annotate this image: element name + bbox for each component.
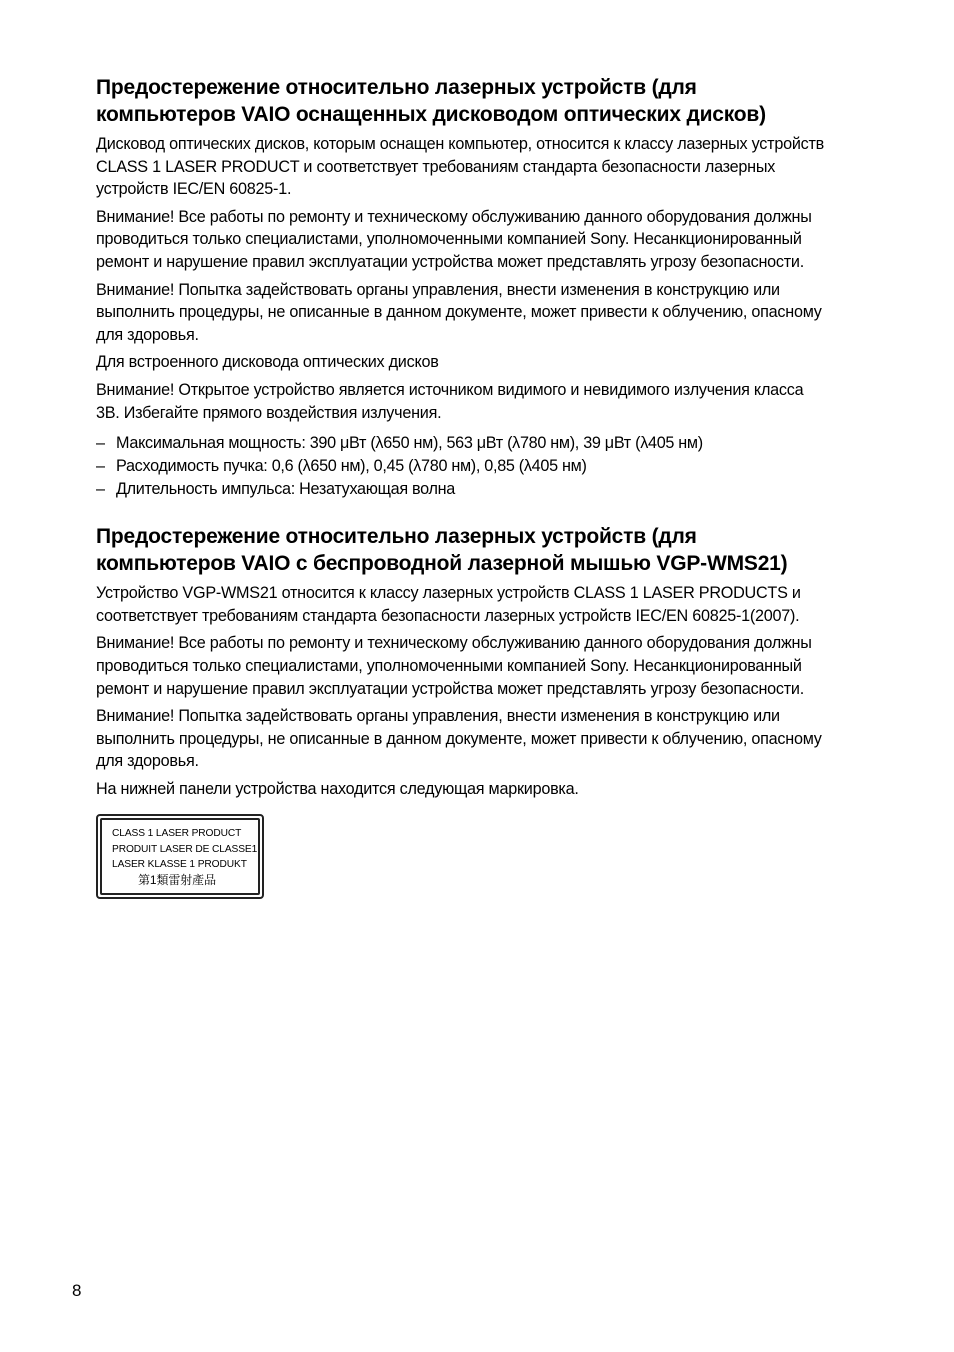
paragraph-mouse-controls-warning: Внимание! Попытка задействовать органы у… — [96, 705, 826, 773]
paragraph-class1-compliance: Дисковод оптических дисков, которым осна… — [96, 133, 826, 201]
section-heading-laser-mouse: Предостережение относительно лазерных ус… — [96, 523, 826, 577]
paragraph-controls-warning: Внимание! Попытка задействовать органы у… — [96, 279, 826, 347]
section-heading-optical-drive: Предостережение относительно лазерных ус… — [96, 74, 826, 128]
laser-product-label: CLASS 1 LASER PRODUCT PRODUIT LASER DE C… — [96, 814, 264, 899]
paragraph-mouse-service-warning: Внимание! Все работы по ремонту и технич… — [96, 632, 826, 700]
paragraph-builtin-drive: Для встроенного дисковода оптических дис… — [96, 351, 826, 374]
paragraph-bottom-marking: На нижней панели устройства находится сл… — [96, 778, 826, 801]
label-line-german: LASER KLASSE 1 PRODUKT — [112, 857, 254, 873]
document-page: Предостережение относительно лазерных ус… — [96, 74, 826, 899]
list-item-beam-divergence: Расходимость пучка: 0,6 (λ650 нм), 0,45 … — [96, 455, 826, 478]
label-line-english: CLASS 1 LASER PRODUCT — [112, 826, 254, 842]
laser-specs-list: Максимальная мощность: 390 μВт (λ650 нм)… — [96, 432, 826, 501]
page-number: 8 — [72, 1281, 81, 1301]
list-item-pulse-duration: Длительность импульса: Незатухающая волн… — [96, 478, 826, 501]
label-line-chinese: 第1類雷射產品 — [112, 873, 254, 889]
list-item-max-power: Максимальная мощность: 390 μВт (λ650 нм)… — [96, 432, 826, 455]
laser-product-label-inner: CLASS 1 LASER PRODUCT PRODUIT LASER DE C… — [100, 818, 260, 895]
paragraph-service-warning: Внимание! Все работы по ремонту и технич… — [96, 206, 826, 274]
paragraph-radiation-warning: Внимание! Открытое устройство является и… — [96, 379, 826, 424]
paragraph-mouse-compliance: Устройство VGP-WMS21 относится к классу … — [96, 582, 826, 627]
label-line-french: PRODUIT LASER DE CLASSE1 — [112, 842, 254, 858]
